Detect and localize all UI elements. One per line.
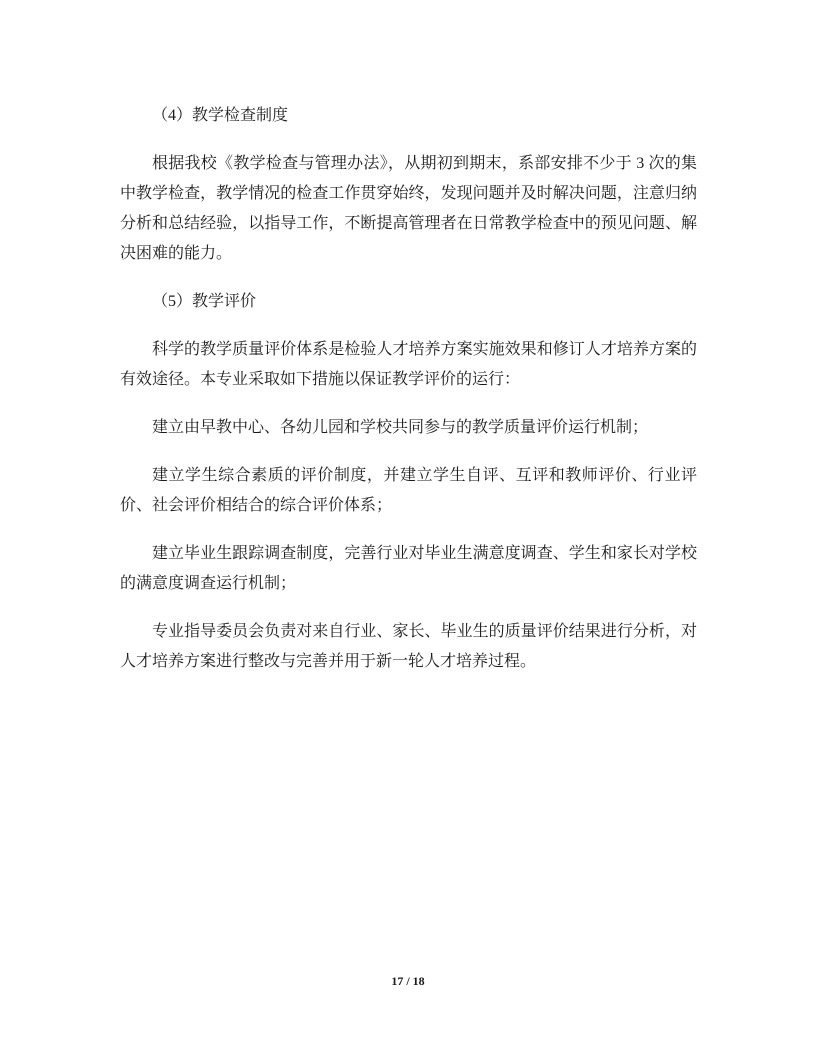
paragraph-evaluation-intro: 科学的教学质量评价体系是检验人才培养方案实施效果和修订人才培养方案的有效途径。本… <box>120 335 697 395</box>
section-heading-teaching-evaluation: （5）教学评价 <box>120 287 697 317</box>
document-body: （4）教学检查制度 根据我校《教学检查与管理办法》，从期初到期末，系部安排不少于… <box>120 101 697 695</box>
paragraph-evaluation-measure-3: 建立毕业生跟踪调查制度，完善行业对毕业生满意度调查、学生和家长对学校的满意度调查… <box>120 539 697 599</box>
paragraph-evaluation-measure-1: 建立由早教中心、各幼儿园和学校共同参与的教学质量评价运行机制； <box>120 413 697 443</box>
section-heading-teaching-inspection: （4）教学检查制度 <box>120 101 697 131</box>
paragraph-evaluation-measure-2: 建立学生综合素质的评价制度，并建立学生自评、互评和教师评价、行业评价、社会评价相… <box>120 461 697 521</box>
paragraph-evaluation-measure-4: 专业指导委员会负责对来自行业、家长、毕业生的质量评价结果进行分析，对人才培养方案… <box>120 617 697 677</box>
paragraph-teaching-inspection-detail: 根据我校《教学检查与管理办法》，从期初到期末，系部安排不少于 3 次的集中教学检… <box>120 149 697 269</box>
page-number: 17 / 18 <box>0 973 816 989</box>
document-page: （4）教学检查制度 根据我校《教学检查与管理办法》，从期初到期末，系部安排不少于… <box>0 0 816 1056</box>
